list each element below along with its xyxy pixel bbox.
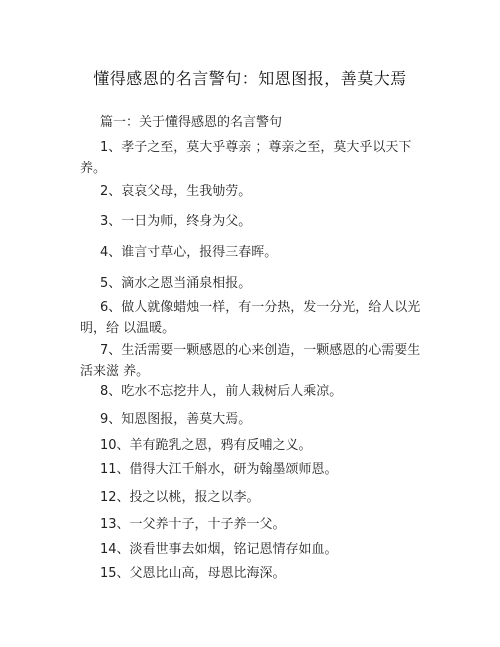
quote-item: 10、羊有跪乳之恩，鸦有反哺之义。 <box>80 435 425 456</box>
quote-item: 12、投之以桃，报之以李。 <box>80 487 425 508</box>
document-title: 懂得感恩的名言警句：知恩图报，善莫大焉 <box>0 66 500 89</box>
quote-item: 8、吃水不忘挖井人，前人栽树后人乘凉。 <box>80 381 425 402</box>
quote-item: 9、知恩图报，善莫大焉。 <box>80 409 425 430</box>
quote-item: 2、哀哀父母，生我劬劳。 <box>80 181 425 202</box>
quote-item: 13、一父养十子，十子养一父。 <box>80 514 425 535</box>
quote-item: 14、淡看世事去如烟，铭记恩情存如血。 <box>80 539 425 560</box>
quote-item: 4、谁言寸草心，报得三春晖。 <box>80 242 425 263</box>
quote-item: 11、借得大江千斛水，研为翰墨颂师恩。 <box>80 459 425 480</box>
quote-item: 7、生活需要一颗感恩的心来创造，一颗感恩的心需要生活来滋 养。 <box>80 340 425 382</box>
quote-item: 3、一日为师，终身为父。 <box>80 211 425 232</box>
quote-item: 5、滴水之恩当涌泉相报。 <box>80 273 425 294</box>
quote-item: 1、孝子之至，莫大乎尊亲 ；尊亲之至，莫大乎以天下养。 <box>80 137 425 179</box>
section-heading: 篇一：关于懂得感恩的名言警句 <box>100 111 282 130</box>
quote-item: 6、做人就像蜡烛一样，有一分热，发一分光，给人以光明，给 以温暖。 <box>80 297 425 339</box>
quote-item: 15、父恩比山高，母恩比海深。 <box>80 563 425 584</box>
